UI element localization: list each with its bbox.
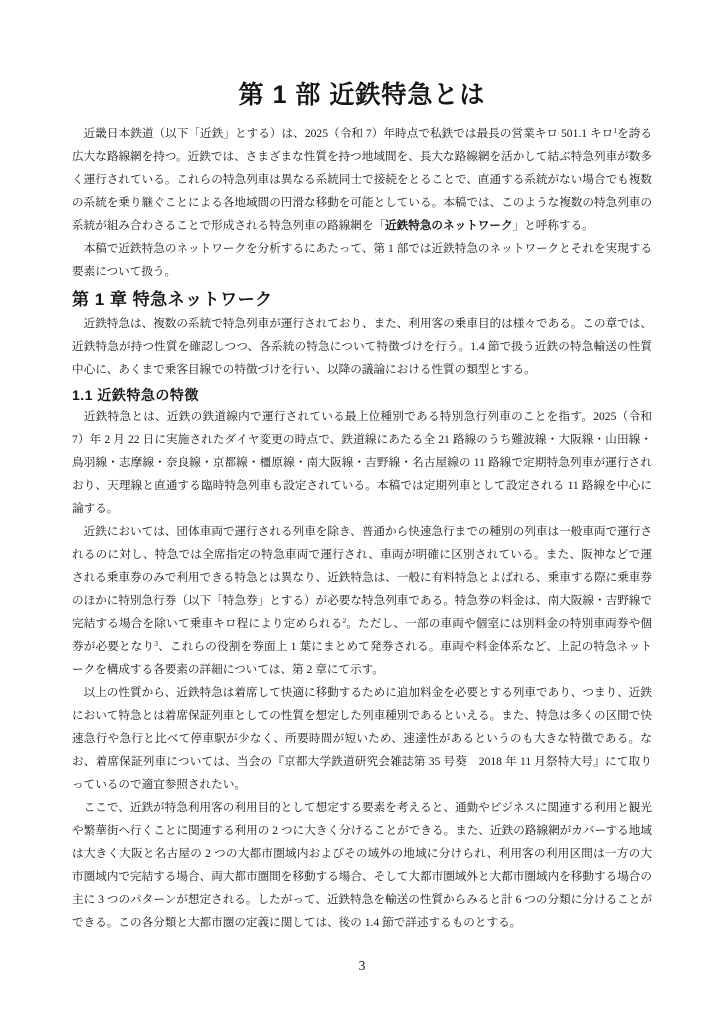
text-line: 要素について扱う。 (72, 260, 652, 283)
text-segment: できる。この各分類と大都市圏の定義に関しては、後の 1.4 節で詳述するものとす… (72, 916, 521, 929)
text-segment: お、着席保証列車については、当会の『京都大学鉄道研究会雑誌第 35 号葵 201… (72, 755, 652, 773)
text-segment: 、これらの役割を券面上 1 葉にまとめて発券される。車両や料金体系など、上記の特… (72, 640, 652, 658)
page-number: 3 (0, 958, 724, 974)
chapter-heading: 第 1 章 特急ネットワーク (72, 288, 652, 312)
emphasis-bold: 近鉄特急のネットワーク (385, 219, 513, 232)
text-line: において特急とは着席保証列車としての性質を想定した列車種別であるといえる。また、… (72, 704, 652, 727)
text-segment: 7）年 2 月 22 日に実施されたダイヤ変更の時点で、鉄道線にあたる全 21 … (72, 433, 652, 446)
text-line: 以上の性質から、近鉄特急は着席して快適に移動するために追加料金を必要とする列車で… (72, 681, 652, 704)
text-line: っているので適宜参照されたい。 (72, 773, 652, 796)
text-segment: 近鉄特急は、複数の系統で特急列車が運行されており、また、利用客の乗車目的は様々で… (72, 317, 652, 330)
text-segment: 近鉄特急とは、近鉄の鉄道線内で運行されている最上位種別である特別急行列車のことを… (72, 410, 652, 423)
paragraph-scope: 本稿で近鉄特急のネットワークを分析するにあたって、第 1 部では近鉄特急のネット… (72, 237, 652, 283)
text-segment: おり、天理線と直通する臨時特急列車も設定されている。本稿では定期列車として設定さ… (72, 479, 652, 497)
paragraph-ticket-system: 近鉄においては、団体車両で運行される列車を除き、普通から快速急行までの種別の列車… (72, 520, 652, 681)
paragraph-seat-guarantee: 以上の性質から、近鉄特急は着席して快適に移動するために追加料金を必要とする列車で… (72, 681, 652, 796)
text-segment: や繁華街へ行くことに関連する利用の 2 つに大きく分けることができる。また、近鉄… (72, 824, 652, 837)
text-line: おり、天理線と直通する臨時特急列車も設定されている。本稿では定期列車として設定さ… (72, 474, 652, 497)
text-segment: 広大な路線網を持つ。近鉄では、さまざまな性質を持つ地域間を、長大な路線網を活かし… (72, 150, 652, 163)
text-line: の系統を乗り継ぐことによる各地域間の円滑な移動を可能としている。本稿では、このよ… (72, 191, 652, 214)
text-line: 系統が組み合わさることで形成される特急列車の路線網を「近鉄特急のネットワーク」と… (72, 214, 652, 237)
text-line: 完結する場合を除いて乗車キロ程により定められる2。ただし、一部の車両や個室には別… (72, 612, 652, 635)
text-line: は大きく大阪と名古屋の 2 つの大都市圏域内およびその域外の地域に分けられ、利用… (72, 842, 652, 865)
paragraph-overview: 近畿日本鉄道（以下「近鉄」とする）は、2025（令和 7）年時点で私鉄では最長の… (72, 122, 652, 237)
text-line: ここで、近鉄が特急利用客の利用目的として想定する要素を考えると、通勤やビジネスに… (72, 796, 652, 819)
text-line: 近鉄特急が持つ性質を確認しつつ、各系統の特急について特徴づけを行う。1.4 節で… (72, 335, 652, 358)
text-segment: は大きく大阪と名古屋の 2 つの大都市圏域内およびその域外の地域に分けられ、利用… (72, 847, 652, 865)
text-line: 広大な路線網を持つ。近鉄では、さまざまな性質を持つ地域間を、長大な路線網を活かし… (72, 145, 652, 168)
text-line: 近鉄特急は、複数の系統で特急列車が運行されており、また、利用客の乗車目的は様々で… (72, 312, 652, 335)
paragraph-network-intro: 近鉄特急は、複数の系統で特急列車が運行されており、また、利用客の乗車目的は様々で… (72, 312, 652, 381)
text-line: 中心に、あくまで乗客目線での特徴づけを行い、以降の議論における性質の類型とする。 (72, 358, 652, 381)
paragraph-usage-patterns: ここで、近鉄が特急利用客の利用目的として想定する要素を考えると、通勤やビジネスに… (72, 796, 652, 934)
text-line: のほかに特別急行券（以下「特急券」とする）が必要な特急列車である。特急券の料金は… (72, 589, 652, 612)
text-line: 本稿で近鉄特急のネットワークを分析するにあたって、第 1 部では近鉄特急のネット… (72, 237, 652, 260)
text-segment: を誇る (617, 127, 652, 140)
text-segment: 以上の性質から、近鉄特急は着席して快適に移動するために追加料金を必要とする列車で… (72, 686, 652, 699)
text-segment: 券が必要となり (72, 640, 154, 653)
text-segment: ここで、近鉄が特急利用客の利用目的として想定する要素を考えると、通勤やビジネスに… (72, 801, 652, 814)
text-line: 近鉄においては、団体車両で運行される列車を除き、普通から快速急行までの種別の列車… (72, 520, 652, 543)
text-segment: 本稿で近鉄特急のネットワークを分析するにあたって、第 1 部では近鉄特急のネット… (72, 242, 652, 255)
text-line: く運行されている。これらの特急列車は異なる系統同士で接続をとることで、直通する系… (72, 168, 652, 191)
text-segment: 」と呼称する。 (513, 219, 594, 232)
text-line: 7）年 2 月 22 日に実施されたダイヤ変更の時点で、鉄道線にあたる全 21 … (72, 428, 652, 451)
text-segment: く運行されている。これらの特急列車は異なる系統同士で接続をとることで、直通する系… (72, 173, 652, 186)
text-segment: 主に 3 つのパターンが想定される。したがって、近鉄特急を輸送の性質からみると計… (72, 893, 652, 906)
document-page: 第 1 部 近鉄特急とは 近畿日本鉄道（以下「近鉄」とする）は、2025（令和 … (0, 0, 724, 1024)
text-segment: の系統を乗り継ぐことによる各地域間の円滑な移動を可能としている。本稿では、このよ… (72, 196, 652, 209)
text-segment: 系統が組み合わさることで形成される特急列車の路線網を「 (72, 219, 385, 232)
text-line: できる。この各分類と大都市圏の定義に関しては、後の 1.4 節で詳述するものとす… (72, 911, 652, 934)
text-segment: っているので適宜参照されたい。 (72, 778, 246, 791)
text-line: 主に 3 つのパターンが想定される。したがって、近鉄特急を輸送の性質からみると計… (72, 888, 652, 911)
text-line: 論する。 (72, 497, 652, 520)
text-segment: 中心に、あくまで乗客目線での特徴づけを行い、以降の議論における性質の類型とする。 (72, 363, 536, 376)
text-line: 速急行や急行と比べて停車駅が少なく、所要時間が短いため、速達性があるというのも大… (72, 727, 652, 750)
text-segment: される乗車券のみで利用できる特急とは異なり、近鉄特急は、一般に有料特急とよばれる… (72, 571, 652, 584)
text-segment: のほかに特別急行券（以下「特急券」とする）が必要な特急列車である。特急券の料金は… (72, 594, 652, 607)
text-line: 券が必要となり3、これらの役割を券面上 1 葉にまとめて発券される。車両や料金体… (72, 635, 652, 658)
document-body: 近畿日本鉄道（以下「近鉄」とする）は、2025（令和 7）年時点で私鉄では最長の… (72, 122, 652, 934)
text-segment: れるのに対し、特急では全席指定の特急車両で運行され、車両が明確に区別されている。… (72, 548, 652, 566)
text-line: 鳥羽線・志摩線・奈良線・京都線・橿原線・南大阪線・吉野線・名古屋線の 11 路線… (72, 451, 652, 474)
text-segment: 鳥羽線・志摩線・奈良線・京都線・橿原線・南大阪線・吉野線・名古屋線の 11 路線… (72, 456, 652, 474)
text-line: や繁華街へ行くことに関連する利用の 2 つに大きく分けることができる。また、近鉄… (72, 819, 652, 842)
text-line: 市圏域内で完結する場合、両大都市圏間を移動する場合、そして大都市圏域外と大都市圏… (72, 865, 652, 888)
text-segment: 完結する場合を除いて乗車キロ程により定められる (72, 617, 342, 630)
section-heading: 1.1 近鉄特急の特徴 (72, 385, 652, 405)
text-line: ークを構成する各要素の詳細については、第 2 章にて示す。 (72, 658, 652, 681)
text-line: れるのに対し、特急では全席指定の特急車両で運行され、車両が明確に区別されている。… (72, 543, 652, 566)
text-line: 近畿日本鉄道（以下「近鉄」とする）は、2025（令和 7）年時点で私鉄では最長の… (72, 122, 652, 145)
text-segment: 近鉄においては、団体車両で運行される列車を除き、普通から快速急行までの種別の列車… (72, 525, 652, 538)
paragraph-tokkyu-definition: 近鉄特急とは、近鉄の鉄道線内で運行されている最上位種別である特別急行列車のことを… (72, 405, 652, 520)
text-segment: 論する。 (72, 502, 118, 515)
document-content: 第 1 部 近鉄特急とは 近畿日本鉄道（以下「近鉄」とする）は、2025（令和 … (72, 0, 652, 934)
part-title: 第 1 部 近鉄特急とは (72, 78, 652, 112)
text-segment: 要素について扱う。 (72, 265, 176, 278)
text-line: お、着席保証列車については、当会の『京都大学鉄道研究会雑誌第 35 号葵 201… (72, 750, 652, 773)
text-line: 近鉄特急とは、近鉄の鉄道線内で運行されている最上位種別である特別急行列車のことを… (72, 405, 652, 428)
text-segment: 近畿日本鉄道（以下「近鉄」とする）は、2025（令和 7）年時点で私鉄では最長の… (72, 127, 613, 140)
text-segment: において特急とは着席保証列車としての性質を想定した列車種別であるといえる。また、… (72, 709, 652, 722)
text-segment: 速急行や急行と比べて停車駅が少なく、所要時間が短いため、速達性があるというのも大… (72, 732, 652, 745)
text-segment: 近鉄特急が持つ性質を確認しつつ、各系統の特急について特徴づけを行う。1.4 節で… (72, 340, 652, 358)
text-segment: 市圏域内で完結する場合、両大都市圏間を移動する場合、そして大都市圏域外と大都市圏… (72, 870, 652, 883)
text-segment: ークを構成する各要素の詳細については、第 2 章にて示す。 (72, 663, 384, 676)
text-line: される乗車券のみで利用できる特急とは異なり、近鉄特急は、一般に有料特急とよばれる… (72, 566, 652, 589)
